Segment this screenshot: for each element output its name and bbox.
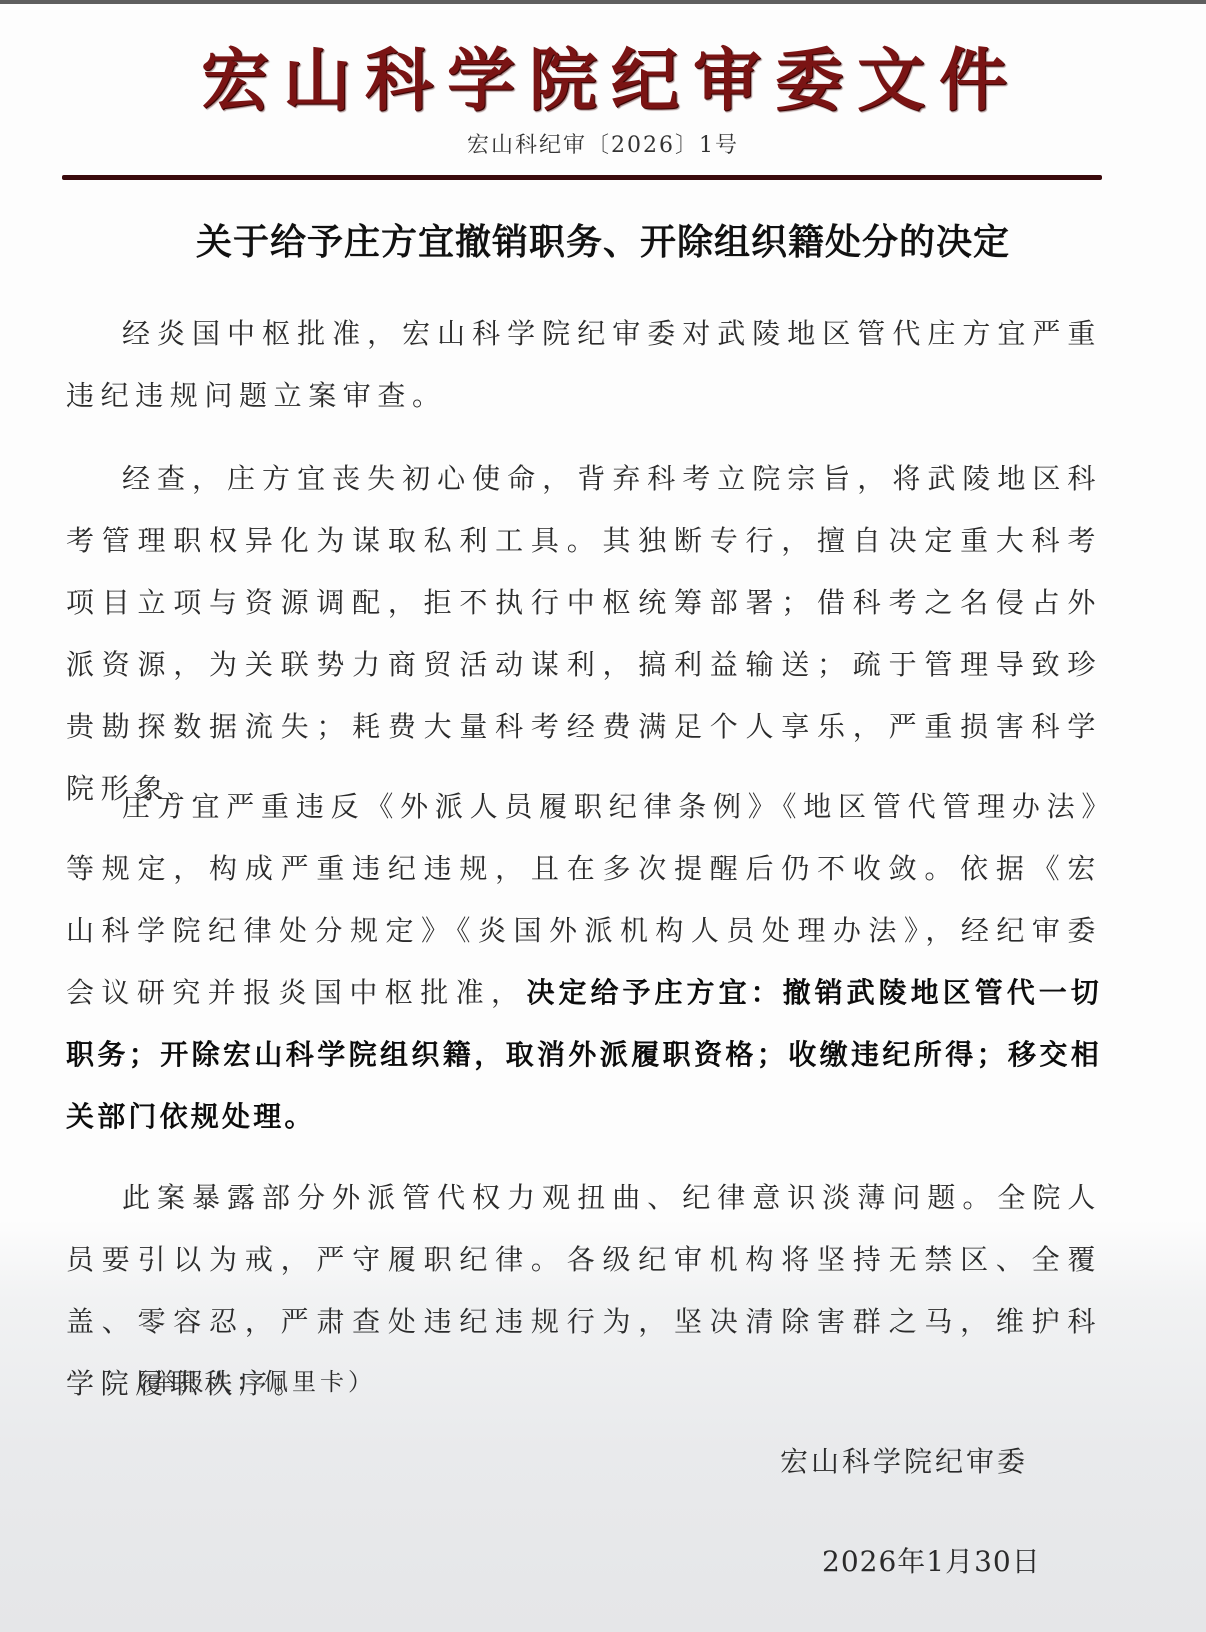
reporter-note: （举报人：佩里卡） [124, 1362, 376, 1397]
top-border-bar [0, 0, 1206, 4]
paragraph-approval: 经炎国中枢批准，宏山科学院纪审委对武陵地区管代庄方宜严重违纪违规问题立案审查。 [66, 303, 1102, 427]
document-number: 宏山科纪审〔2026〕1号 [0, 128, 1206, 159]
issue-date: 2026年1月30日 [822, 1540, 1041, 1580]
paragraph-findings: 经查，庄方宜丧失初心使命，背弃科考立院宗旨，将武陵地区科考管理职权异化为谋取私利… [66, 448, 1102, 820]
issuer-signature: 宏山科学院纪审委 [780, 1440, 1028, 1480]
paragraph-findings-text: 经查，庄方宜丧失初心使命，背弃科考立院宗旨，将武陵地区科考管理职权异化为谋取私利… [66, 448, 1102, 820]
paragraph-approval-text: 经炎国中枢批准，宏山科学院纪审委对武陵地区管代庄方宜严重违纪违规问题立案审查。 [66, 303, 1102, 427]
masthead-title: 宏山科学院纪审委文件 [0, 38, 1206, 126]
paragraph-decision-text: 庄方宜严重违反《外派人员履职纪律条例》《地区管代管理办法》等规定，构成严重违纪违… [66, 776, 1102, 1148]
decision-title: 关于给予庄方宜撤销职务、开除组织籍处分的决定 [0, 214, 1206, 265]
header-divider [62, 175, 1102, 180]
paragraph-decision: 庄方宜严重违反《外派人员履职纪律条例》《地区管代管理办法》等规定，构成严重违纪违… [66, 776, 1102, 1148]
